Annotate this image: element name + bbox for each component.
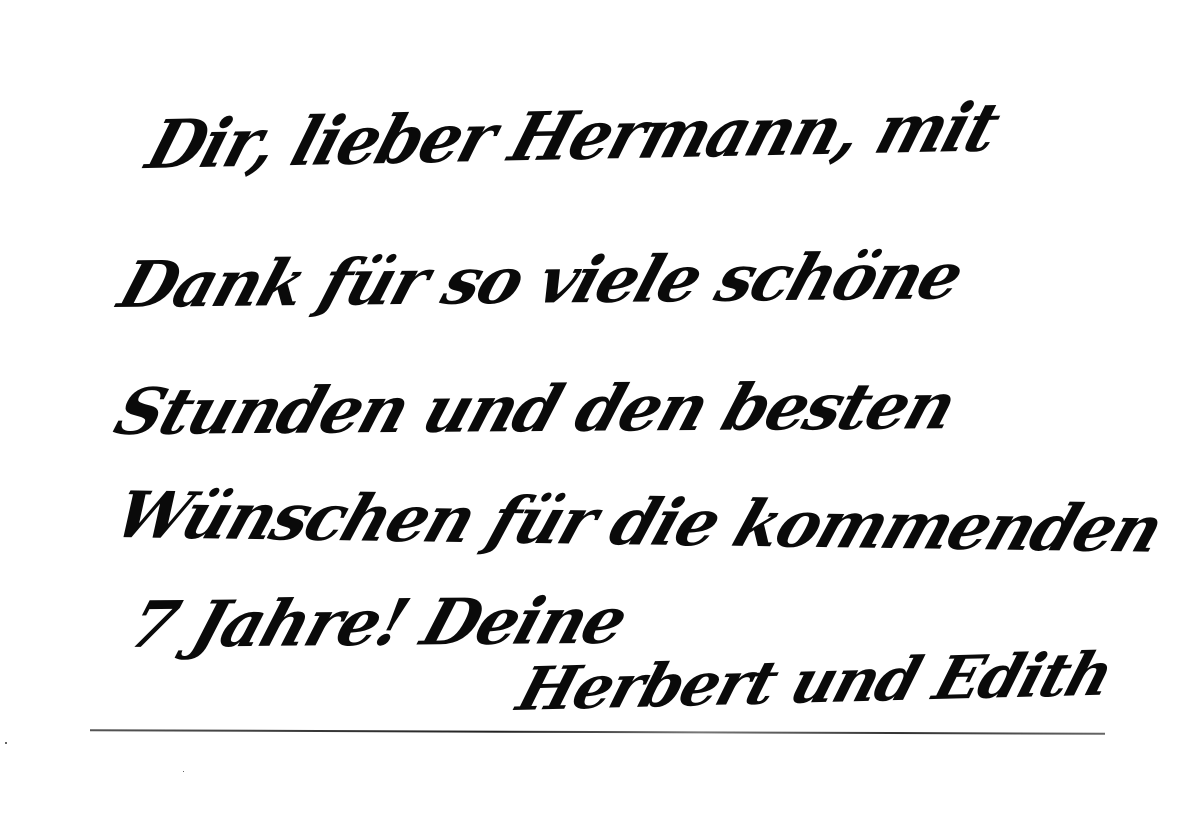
signature: Herbert und Edith [510,640,1120,725]
note-line-3: Stunden und den besten [106,369,964,450]
note-line-1: Dir, lieber Hermann, mit [138,89,1007,185]
paper-speck [5,742,7,744]
card-edge-line [90,729,1105,735]
paper-speck [183,771,184,772]
note-line-4: Wünschen für die kommenden [105,478,1171,568]
note-line-5: 7 Jahre! Deine [120,584,635,663]
note-line-2: Dank für so viele schöne [110,239,971,323]
handwritten-note: Dir, lieber Hermann, mit Dank für so vie… [0,0,1200,819]
